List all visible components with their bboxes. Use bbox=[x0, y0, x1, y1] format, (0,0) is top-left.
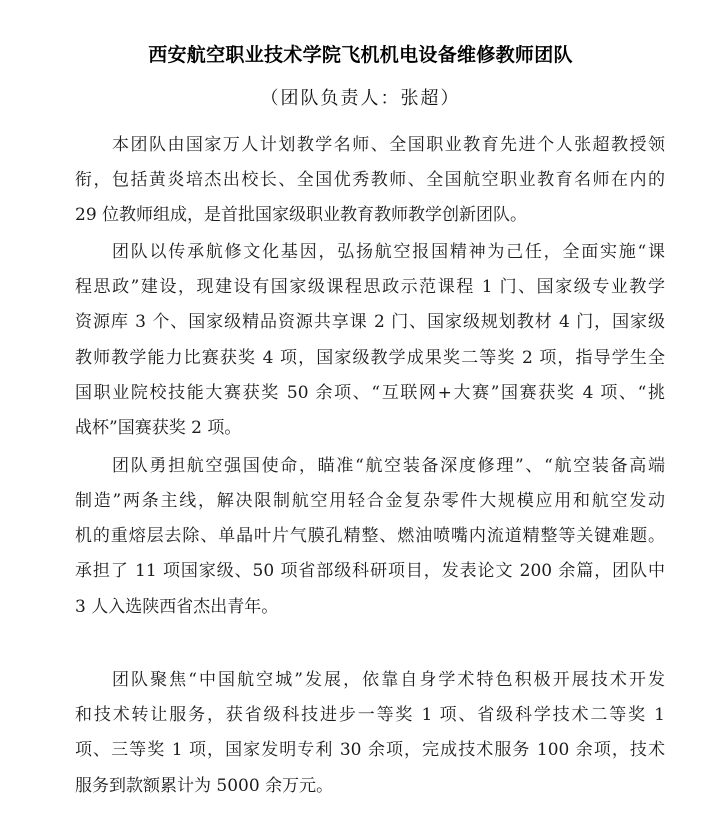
paragraph-line: 服务到款额累计为 5000 余万元。 bbox=[75, 773, 665, 799]
paragraph-line: 机的重熔层去除、单晶叶片气膜孔精整、燃油喷嘴内流道精整等关键难题。 bbox=[75, 523, 665, 549]
paragraph-line: 国职业院校技能大赛获奖 50 余项、“互联网+大赛”国赛获奖 4 项、“挑 bbox=[75, 380, 665, 406]
paragraph-line: 承担了 11 项国家级、50 项省部级科研项目，发表论文 200 余篇，团队中 bbox=[75, 558, 665, 584]
paragraph-line: 29 位教师组成，是首批国家级职业教育教师教学创新团队。 bbox=[75, 202, 665, 228]
paragraph-line: 战杯”国赛获奖 2 项。 bbox=[75, 415, 665, 441]
paragraph-line: 团队勇担航空强国使命，瞄准“航空装备深度修理”、“航空装备高端 bbox=[112, 453, 665, 479]
paragraph-line: 团队以传承航修文化基因，弘扬航空报国精神为己任，全面实施“课 bbox=[112, 239, 665, 265]
team-leader-subtitle: （团队负责人：张超） bbox=[0, 84, 721, 110]
paragraph-line: 资源库 3 个、国家级精品资源共享课 2 门、国家级规划教材 4 门，国家级 bbox=[75, 309, 665, 335]
document-title: 西安航空职业技术学院飞机机电设备维修教师团队 bbox=[0, 40, 721, 67]
paragraph-line: 和技术转让服务，获省级科技进步一等奖 1 项、省级科学技术二等奖 1 bbox=[75, 702, 665, 728]
paragraph-line: 程思政”建设，现建设有国家级课程思政示范课程 1 门、国家级专业教学 bbox=[75, 274, 665, 300]
paragraph-line: 3 人入选陕西省杰出青年。 bbox=[75, 594, 665, 620]
paragraph-line: 团队聚焦“中国航空城”发展，依靠自身学术特色积极开展技术开发 bbox=[112, 667, 665, 693]
paragraph-line: 制造”两条主线，解决限制航空用轻合金复杂零件大规模应用和航空发动 bbox=[75, 488, 665, 514]
paragraph-line: 项、三等奖 1 项，国家发明专利 30 余项，完成技术服务 100 余项，技术 bbox=[75, 737, 665, 763]
paragraph-line: 教师教学能力比赛获奖 4 项，国家级教学成果奖二等奖 2 项，指导学生全 bbox=[75, 345, 665, 371]
paragraph-line: 衔，包括黄炎培杰出校长、全国优秀教师、全国航空职业教育名师在内的 bbox=[75, 167, 665, 193]
paragraph-line: 本团队由国家万人计划教学名师、全国职业教育先进个人张超教授领 bbox=[112, 132, 665, 158]
